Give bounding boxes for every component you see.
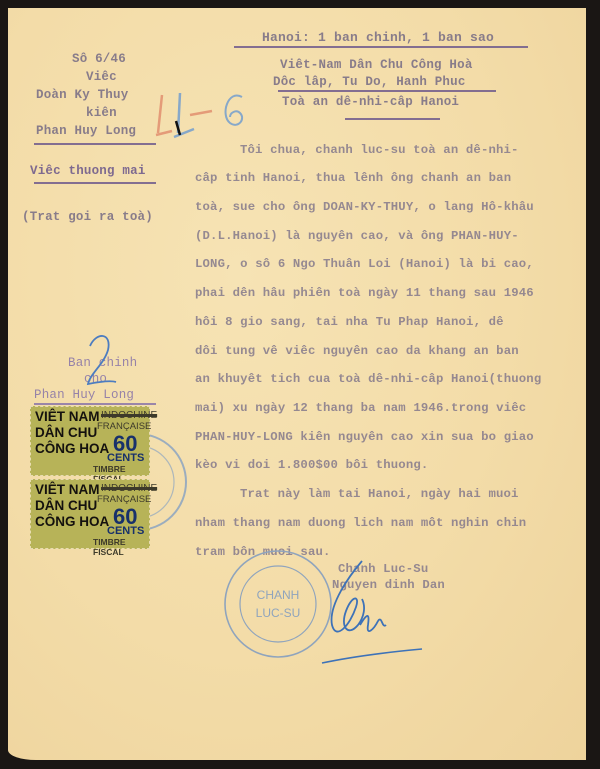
case-type-underline [34, 182, 156, 184]
versus-label: kiên [86, 106, 117, 120]
body-line-5: LONG, o sô 6 Ngo Thuân Loi (Hanoi) là bi… [195, 257, 534, 271]
body-line-3: toà, sue cho ông DOAN-KY-THUY, o lang Hô… [195, 200, 534, 214]
case-number: Sô 6/46 [72, 52, 126, 66]
body-line-9: an khuyêt tich cua toà dê-nhi-câp Hanoi(… [195, 372, 541, 386]
body-line-6: phai dên hâu phiên toà ngày 11 thang sau… [195, 286, 534, 300]
copy-note-underline [34, 403, 156, 405]
body-line-11: PHAN-HUY-LONG kiên nguyên cao xin sua bo… [195, 430, 534, 444]
handwritten-ref-number-icon [150, 85, 250, 145]
body-line-8: dôi tung vê viêc nguyên cao da khang an … [195, 344, 519, 358]
country-name: Viêt-Nam Dân Chu Công Hoà [280, 58, 473, 72]
body-line-12: kèo vi doi 1.800$00 bôi thuong. [195, 458, 428, 472]
summons-note: (Trat goi ra toà) [22, 210, 153, 224]
court-underline [345, 118, 440, 120]
court-name: Toà an dê-nhi-câp Hanoi [282, 95, 459, 109]
body-line-7: hôi 8 gio sang, tai nha Tu Phap Hanoi, d… [195, 315, 504, 329]
signature-scribble-icon [310, 555, 440, 670]
copies-underline [234, 46, 528, 48]
fiscal-stamp-1: VIÊT NAM DÂN CHU CÔNG HOA INDOCHINE FRAN… [30, 406, 150, 476]
body-line-10: mai) xu ngày 12 thang ba nam 1946.trong … [195, 401, 526, 415]
case-label: Viêc [86, 70, 117, 84]
case-type: Viêc thuong mai [30, 164, 146, 178]
body-line-4: (D.L.Hanoi) là nguyên cao, và ông PHAN-H… [195, 229, 519, 243]
copy-note-line3: Phan Huy Long [34, 388, 134, 402]
body-line-2: câp tinh Hanoi, thua lênh ông chanh an b… [195, 171, 511, 185]
motto-underline [278, 90, 496, 92]
defendant-name: Phan Huy Long [36, 124, 136, 138]
copies-line: Hanoi: 1 ban chinh, 1 ban sao [262, 30, 494, 45]
fiscal-stamp-2: VIÊT NAM DÂN CHU CÔNG HOA INDOCHINE FRAN… [30, 479, 150, 549]
parties-underline [34, 143, 156, 145]
body-line-1: Tôi chua, chanh luc-su toà an dê-nhi- [240, 143, 519, 157]
national-motto: Dôc lâp, Tu Do, Hanh Phuc [273, 75, 466, 89]
handwritten-two-icon [80, 330, 120, 390]
plaintiff-name: Doàn Ky Thuy [36, 88, 128, 102]
closing-line-2: nham thang nam duong lich nam môt nghin … [195, 516, 526, 530]
closing-line-1: Trat này làm tai Hanoi, ngày hai muoi [240, 487, 519, 501]
